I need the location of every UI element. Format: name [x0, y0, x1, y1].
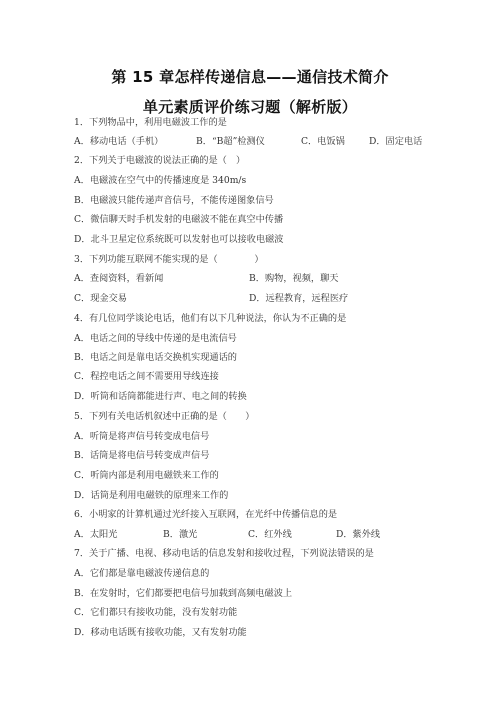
- question-3-option-d: D．远程教育，远程医疗: [249, 293, 348, 305]
- question-6-option-c: C．红外线: [248, 529, 292, 541]
- question-4-option-d: D．听筒和话筒都能进行声、电之间的转换: [74, 391, 247, 403]
- document-subtitle: 单元素质评价练习题（解析版）: [0, 96, 500, 117]
- question-7-option-a: A．它们都是靠电磁波传递信息的: [74, 568, 209, 580]
- question-2-stem: 2．下列关于电磁波的说法正确的是（ ）: [74, 155, 245, 167]
- question-3-option-c: C．现金交易: [74, 293, 127, 305]
- question-4-option-b: B．电话之间是靠电话交换机实现通话的: [74, 352, 237, 364]
- question-7-stem: 7．关于广播、电视、移动电话的信息发射和接收过程，下列说法错误的是: [74, 548, 374, 560]
- question-5-option-c: C．听筒内部是利用电磁铁来工作的: [74, 470, 219, 482]
- question-1-option-d: D．固定电话: [369, 136, 422, 148]
- question-5-option-d: D．话筒是利用电磁铁的原理来工作的: [74, 490, 228, 502]
- question-3-option-b: B．购物，视频，聊天: [249, 273, 338, 285]
- question-6-stem: 6．小明家的计算机通过光纤接入互联网，在光纤中传播信息的是: [74, 509, 337, 521]
- question-4-option-c: C．程控电话之间不需要用导线连接: [74, 371, 219, 383]
- question-5-option-a: A．听筒是将声信号转变成电信号: [74, 431, 209, 443]
- question-5-stem: 5．下列有关电话机叙述中正确的是（ ）: [74, 411, 254, 423]
- question-4-stem: 4．有几位同学谈论电话，他们有以下几种说法，你认为不正确的是: [74, 313, 346, 325]
- question-2-option-d: D．北斗卫星定位系统既可以发射也可以接收电磁波: [74, 234, 284, 246]
- document-title: 第 15 章怎样传递信息——通信技术简介: [0, 66, 500, 87]
- question-7-option-b: B．在发射时，它们都要把电信号加载到高频电磁波上: [74, 588, 292, 600]
- question-6-option-b: B．激光: [163, 529, 197, 541]
- question-4-option-a: A．电话之间的导线中传递的是电流信号: [74, 333, 237, 345]
- question-7-option-d: D．移动电话既有接收功能，又有发射功能: [74, 627, 247, 639]
- question-1-stem: 1．下列物品中，利用电磁波工作的是: [74, 117, 227, 129]
- question-3-option-a: A．查阅资料，看新闻: [74, 273, 163, 285]
- question-3-stem: 3．下列功能互联网不能实现的是（ ）: [74, 254, 264, 266]
- question-7-option-c: C．它们都只有接收功能，没有发射功能: [74, 607, 237, 619]
- question-6-option-d: D．紫外线: [336, 529, 380, 541]
- question-5-option-b: B．话筒是将电信号转变成声信号: [74, 450, 209, 462]
- question-6-option-a: A．太阳光: [74, 529, 117, 541]
- question-2-option-c: C．微信聊天时手机发射的电磁波不能在真空中传播: [74, 214, 283, 226]
- question-1-option-b: B．“B超”检测仪: [196, 136, 265, 148]
- question-2-option-b: B．电磁波只能传递声音信号，不能传递图象信号: [74, 195, 274, 207]
- question-2-option-a: A．电磁波在空气中的传播速度是 340m/s: [74, 175, 246, 187]
- question-1-option-c: C．电饭锅: [301, 136, 345, 148]
- question-1-option-a: A．移动电话（手机）: [74, 136, 163, 148]
